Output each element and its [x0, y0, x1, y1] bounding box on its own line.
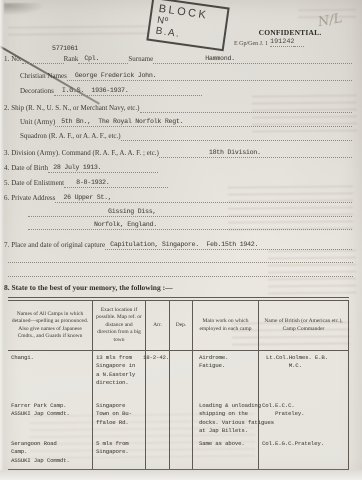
- dotted-leader: 5th Bn., The Royal Norfolk Regt.: [55, 115, 352, 127]
- item8-label: State to the best of your memory, the fo…: [12, 283, 173, 292]
- date-of-birth-label: Date of Birth: [11, 164, 48, 173]
- cell-work-1: Airdrome. Fatigue.: [193, 351, 259, 399]
- form-line-unit: Unit (Army) 5th Bn., The Royal Norfolk R…: [20, 115, 352, 127]
- capture-label: Place and date of original capture: [11, 241, 105, 250]
- dotted-leader: [8, 262, 353, 263]
- dotted-leader: George Frederick John.: [67, 69, 352, 81]
- header-departure: Dep.: [170, 301, 193, 351]
- unit-value: 5th Bn., The Royal Norfolk Regt.: [61, 117, 183, 126]
- header-camp-names: Names of All Camps in which detained—spe…: [8, 301, 93, 351]
- form-line-christian-names: Christian Names George Frederick John.: [20, 69, 352, 81]
- pow-liberation-questionnaire-scan: BLOCK Nº B.A. N/L CONFIDENTIAL. E Gp/Gen…: [0, 0, 362, 480]
- dotted-leader: [22, 52, 64, 64]
- address-line3-value: Norfolk, England.: [94, 220, 157, 229]
- capture-value: Capitulation, Singapore. Feb.15th 1942.: [110, 240, 258, 249]
- corner-smudge: [4, 3, 50, 17]
- form-line-enlistment: 5.Date of Enlistment 8-8-1932.: [4, 176, 168, 188]
- cell-commander-3: Col.E.G.C.Prateley.: [259, 437, 349, 469]
- service-number-value: 5771061: [52, 45, 78, 52]
- cell-departure-2: [170, 399, 193, 437]
- header-location: Exact location if possible. Map ref. or …: [93, 301, 146, 351]
- dotted-leader: 18th Division.: [159, 146, 352, 158]
- dotted-leader: Gissing Diss,: [28, 205, 352, 217]
- ship-label: Ship (R. N., U. S. N., or Merchant Navy,…: [11, 104, 139, 113]
- cell-arrival-1: 18-2-42.: [146, 351, 170, 399]
- item3-number: 3.: [4, 149, 9, 158]
- cell-departure-3: [170, 437, 193, 469]
- cell-camp-1: Changi.: [8, 351, 93, 399]
- dotted-leader: [140, 101, 353, 113]
- reference-line: E Gp/Gen J. 1 191242: [234, 38, 304, 47]
- squadron-label: Squadron (R. A. F., or A. A. F., etc.): [20, 132, 121, 141]
- item8-heading: 8. State to the best of your memory, the…: [4, 283, 173, 292]
- dotted-leader: [121, 129, 352, 141]
- surname-label: Surname: [128, 55, 153, 64]
- dotted-leader: [294, 39, 304, 47]
- cell-commander-2: Col.E.C.C. Prateley.: [259, 399, 349, 437]
- christian-names-value: George Frederick John.: [75, 71, 156, 80]
- dotted-leader: Capitulation, Singapore. Feb.15th 1942.: [105, 238, 352, 250]
- dotted-leader: Hammond.: [153, 52, 352, 64]
- form-line-no-rank-surname: 1.No. Rank Cpl. Surname Hammond.: [4, 52, 352, 64]
- division-label: Division (Army). Command (R. A. F., A. A…: [11, 149, 159, 158]
- cell-camp-3: Serangoon Road Camp. ASSUKI Jap Commdt.: [8, 437, 93, 469]
- camps-table: Names of All Camps in which detained—spe…: [8, 300, 349, 470]
- enlistment-label: Date of Enlistment: [11, 179, 64, 188]
- dotted-leader: I.G.S. 1936-1937.: [54, 84, 202, 96]
- block-number-stamp: BLOCK Nº B.A.: [146, 0, 229, 51]
- cell-location-1: 13 mls from Singapore in a N.Easterly di…: [93, 351, 146, 399]
- dotted-leader: [8, 276, 353, 277]
- dotted-leader: Cpl.: [78, 52, 128, 64]
- dotted-leader: 28 July 1913.: [48, 161, 158, 173]
- item2-number: 2.: [4, 104, 9, 113]
- cell-camp-2: Farrer Park Camp. ASSUKI Jap Commdt.: [8, 399, 93, 437]
- form-line-squadron: Squadron (R. A. F., or A. A. F., etc.): [20, 129, 352, 141]
- ink-bleed-through: [8, 25, 148, 36]
- item5-number: 5.: [4, 179, 9, 188]
- confidential-marking: CONFIDENTIAL.: [252, 28, 328, 37]
- photo-bottom-edge: [0, 470, 362, 480]
- rank-label: Rank: [64, 55, 79, 64]
- decorations-value: I.G.S. 1936-1937.: [62, 86, 129, 95]
- dotted-leader: Norfolk, England.: [28, 218, 352, 230]
- form-line-division: 3.Division (Army). Command (R. A. F., A.…: [4, 146, 352, 158]
- cell-location-3: 5 mls from Singapore.: [93, 437, 146, 469]
- division-value: 18th Division.: [209, 148, 261, 157]
- dotted-leader: 8-8-1932.: [64, 176, 168, 188]
- cell-work-2: Loading & unloading shipping on the dock…: [193, 399, 259, 437]
- unit-label: Unit (Army): [20, 118, 55, 127]
- enlistment-value: 8-8-1932.: [76, 178, 109, 187]
- cell-work-3: Same as above.: [193, 437, 259, 469]
- dotted-leader: 26 Upper St.,: [55, 191, 352, 203]
- decorations-label: Decorations: [20, 87, 54, 96]
- form-line-address-1: 6.Private Address 26 Upper St.,: [4, 191, 352, 203]
- form-line-capture: 7.Place and date of original capture Cap…: [4, 238, 352, 250]
- form-line-decorations: Decorations I.G.S. 1936-1937.: [20, 84, 202, 96]
- item1-number: 1.: [4, 55, 9, 64]
- arrival-date-value: 18-2-42.: [143, 354, 169, 361]
- address-line1-value: 26 Upper St.,: [63, 193, 111, 202]
- reference-prefix: E Gp/Gen J. 1: [234, 41, 268, 47]
- form-line-address-3: Norfolk, England.: [28, 218, 352, 230]
- christian-names-label: Christian Names: [20, 72, 67, 81]
- private-address-label: Private Address: [11, 194, 55, 203]
- reference-number: 191242: [270, 38, 294, 47]
- cell-departure-1: [170, 351, 193, 399]
- item8-number: 8.: [4, 283, 10, 292]
- rank-value: Cpl.: [84, 54, 99, 63]
- header-arrival: Arr.: [146, 301, 170, 351]
- no-label: No.: [11, 55, 21, 64]
- cell-location-2: Singapore Town on Bu- ffaloe Rd.: [93, 399, 146, 437]
- form-line-address-2: Gissing Diss,: [28, 205, 352, 217]
- address-line2-value: Gissing Diss,: [108, 207, 156, 216]
- form-line-date-of-birth: 4.Date of Birth 28 July 1913.: [4, 161, 158, 173]
- header-main-work: Main work on which employed in each camp: [193, 301, 259, 351]
- item7-number: 7.: [4, 241, 9, 250]
- item6-number: 6.: [4, 194, 9, 203]
- date-of-birth-value: 28 July 1913.: [53, 163, 101, 172]
- cell-arrival-2: [146, 399, 170, 437]
- header-camp-commander: Name of British (or American etc.), Camp…: [259, 301, 349, 351]
- item4-number: 4.: [4, 164, 9, 173]
- cell-commander-1: Lt.Col.Holmes. E.B. M.C.: [259, 351, 349, 399]
- form-line-ship: 2.Ship (R. N., U. S. N., or Merchant Nav…: [4, 101, 352, 113]
- table-top-rule: [8, 297, 349, 298]
- cell-arrival-3: [146, 437, 170, 469]
- surname-value: Hammond.: [205, 54, 235, 63]
- ink-bleed-through: [268, 250, 356, 295]
